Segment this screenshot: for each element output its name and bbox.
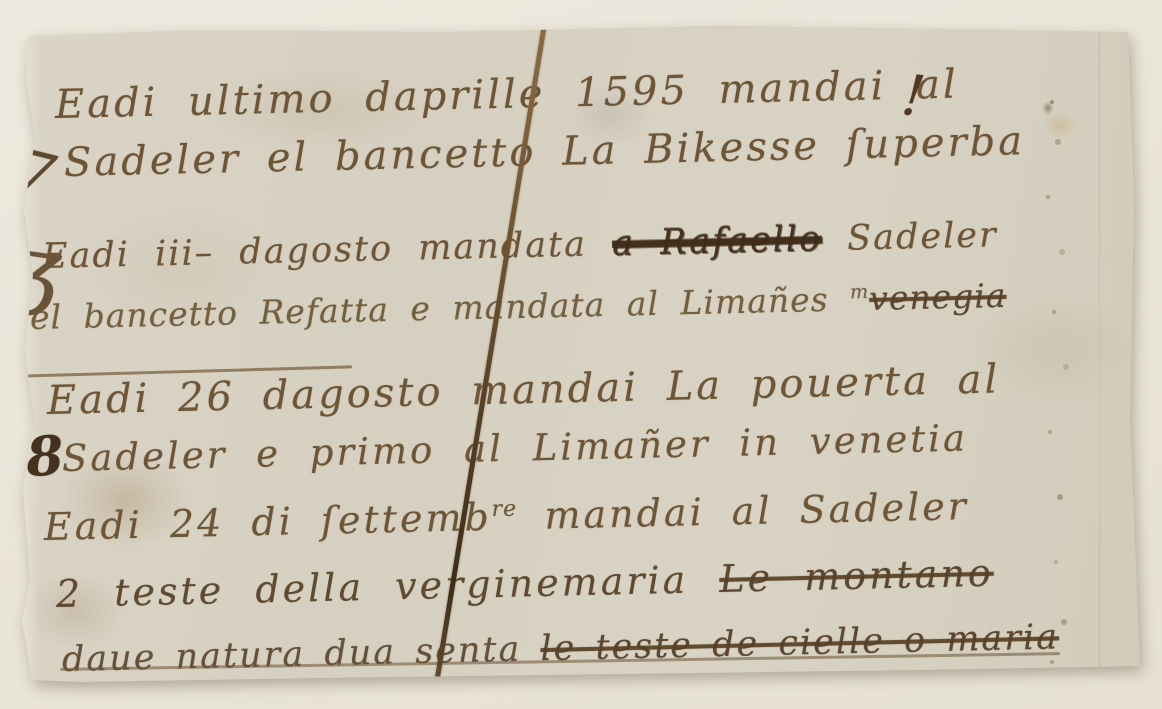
manuscript-photo: Eadi ultimo daprille 1595 mandai al Sade… [0,0,1162,709]
manuscript-line-4: el bancetto Refatta e mandata al Limañes… [30,276,1007,337]
line-text: Eadi 26 dagosto mandai La pouerta al [46,356,1000,424]
manuscript-line-5: Eadi 26 dagosto mandai La pouerta al [46,356,1000,424]
manuscript-line-9: daue natura dua senta le teste de cielle… [62,617,1060,680]
manuscript-line-7: Eadi 24 di ſettembre mandai al Sadeler [44,484,970,549]
manuscript-line-3: Eadi iii– dagosto mandata a Rafaello Sad… [42,215,999,277]
line-text: Sadeler e primo al Limañer in venetia [62,416,969,480]
line-text: Eadi ultimo daprille 1595 mandai al [54,61,959,127]
margin-curl-mark: 7 [6,134,62,214]
margin-figure-eight-mark: 8 [24,423,66,489]
line-text: Eadi iii– dagosto mandata [42,224,613,277]
paper-scrap: Eadi ultimo daprille 1595 mandai al Sade… [20,20,1142,692]
manuscript-line-6: Sadeler e primo al Limañer in venetia [62,416,969,480]
crossed-out-text: a Rafaello [612,219,823,264]
ink-layer: Eadi ultimo daprille 1595 mandai al Sade… [20,20,1142,692]
paper-shadow-wrapper: Eadi ultimo daprille 1595 mandai al Sade… [20,20,1142,692]
superscript-text: re [491,497,517,523]
crossed-out-text: venegia [869,276,1007,318]
line-text: 2 teste della verginemaria [56,557,720,616]
line-text: daue natura dua senta [62,629,541,680]
superscript-text: m [850,280,870,303]
line-text: Sadeler el bancetto La Bikesse ſuperba [63,118,1025,186]
manuscript-line-1: Eadi ultimo daprille 1595 mandai al [54,61,959,127]
line-text: Eadi 24 di ſettemb [44,495,493,549]
line-text: mandai al Sadeler [517,484,970,538]
line-text: Sadeler [822,215,999,259]
manuscript-line-8: 2 teste della verginemaria Le montano [56,551,995,616]
manuscript-line-2: Sadeler el bancetto La Bikesse ſuperba [63,118,1025,186]
line-text: el bancetto Refatta e mandata al Limañes [30,279,851,337]
crossed-out-text: Le montano [719,551,994,601]
